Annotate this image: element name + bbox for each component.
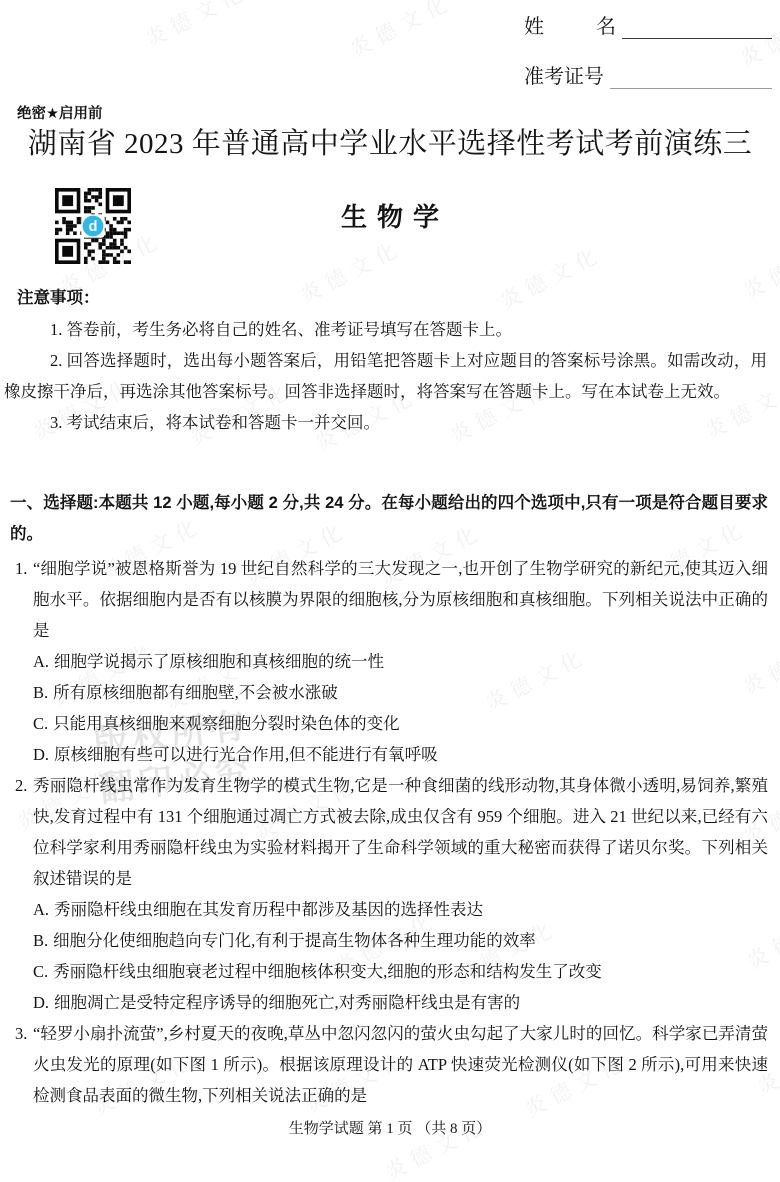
question-2-number: 2.	[15, 770, 27, 801]
exam-id-row: 准考证号	[524, 62, 772, 89]
option-label: D.	[33, 993, 49, 1012]
name-blank-line[interactable]	[622, 13, 772, 39]
question-list: 1. “细胞学说”被恩格斯誉为 19 世纪自然科学的三大发现之一,也开创了生物学…	[0, 553, 780, 1111]
question-1-stem: “细胞学说”被恩格斯誉为 19 世纪自然科学的三大发现之一,也开创了生物学研究的…	[33, 559, 768, 640]
question-2-stem: 秀丽隐杆线虫常作为发育生物学的模式生物,它是一种食细菌的线形动物,其身体微小透明…	[33, 776, 768, 888]
question-2-option-a: A.秀丽隐杆线虫细胞在其发育历程中都涉及基因的选择性表达	[33, 894, 768, 925]
option-text: 秀丽隐杆线虫细胞在其发育历程中都涉及基因的选择性表达	[54, 900, 483, 919]
notice-item-3: 3. 考试结束后，将本试卷和答题卡一并交回。	[4, 407, 767, 438]
option-label: D.	[33, 745, 49, 764]
name-label-char2: 名	[596, 10, 616, 39]
option-text: 只能用真核细胞来观察细胞分裂时染色体的变化	[53, 714, 400, 733]
exam-id-blank-line[interactable]	[610, 63, 772, 89]
question-1-option-b: B.所有原核细胞都有细胞壁,不会被水涨破	[33, 677, 768, 708]
option-text: 所有原核细胞都有细胞壁,不会被水涨破	[53, 683, 338, 702]
question-1: 1. “细胞学说”被恩格斯誉为 19 世纪自然科学的三大发现之一,也开创了生物学…	[0, 553, 768, 770]
option-text: 原核细胞有些可以进行光合作用,但不能进行有氧呼吸	[54, 745, 438, 764]
option-text: 细胞凋亡是受特定程序诱导的细胞死亡,对秀丽隐杆线虫是有害的	[54, 993, 520, 1012]
page-footer: 生物学试题 第 1 页 （共 8 页）	[0, 1114, 780, 1145]
option-text: 细胞分化使细胞趋向专门化,有利于提高生物体各种生理功能的效率	[53, 931, 536, 950]
question-3: 3. “轻罗小扇扑流萤”,乡村夏天的夜晚,草丛中忽闪忽闪的萤火虫勾起了大家儿时的…	[0, 1018, 768, 1111]
section-spacer	[0, 438, 780, 488]
question-1-option-d: D.原核细胞有些可以进行光合作用,但不能进行有氧呼吸	[33, 739, 768, 770]
question-1-option-a: A.细胞学说揭示了原核细胞和真核细胞的统一性	[33, 646, 768, 677]
exam-paper-page: 炎德文化炎德文化炎德文化炎德文化炎德文化炎德文化炎德文化炎德文化炎德文化炎德文化…	[0, 0, 780, 1182]
question-1-number: 1.	[15, 553, 27, 584]
option-label: B.	[33, 683, 48, 702]
option-label: A.	[33, 652, 49, 671]
candidate-info-block: 姓 名 准考证号	[524, 12, 772, 89]
exam-id-label: 准考证号	[524, 60, 604, 89]
option-label: C.	[33, 962, 48, 981]
secrecy-notice: 绝密★启用前	[17, 102, 103, 123]
option-label: A.	[33, 900, 49, 919]
option-label: C.	[33, 714, 48, 733]
question-2-option-b: B.细胞分化使细胞趋向专门化,有利于提高生物体各种生理功能的效率	[33, 925, 768, 956]
notice-heading: 注意事项：	[17, 283, 780, 314]
page-content: 姓 名 准考证号 绝密★启用前 湖南省 2023 年普通高中学业水平选择性考试考…	[0, 0, 780, 1182]
option-text: 细胞学说揭示了原核细胞和真核细胞的统一性	[54, 652, 384, 671]
paper-body: 注意事项： 1. 答卷前，考生务必将自己的姓名、准考证号填写在答题卡上。 2. …	[0, 283, 780, 1145]
question-2-option-d: D.细胞凋亡是受特定程序诱导的细胞死亡,对秀丽隐杆线虫是有害的	[33, 987, 768, 1018]
question-3-number: 3.	[15, 1018, 27, 1049]
subject-title: 生物学	[0, 197, 780, 234]
question-2: 2. 秀丽隐杆线虫常作为发育生物学的模式生物,它是一种食细菌的线形动物,其身体微…	[0, 770, 768, 1018]
question-2-option-c: C.秀丽隐杆线虫细胞衰老过程中细胞核体积变大,细胞的形态和结构发生了改变	[33, 956, 768, 987]
exam-title: 湖南省 2023 年普通高中学业水平选择性考试考前演练三	[0, 121, 780, 162]
notice-item-2: 2. 回答选择题时，选出每小题答案后，用铅笔把答题卡上对应题目的答案标号涂黑。如…	[4, 345, 767, 407]
question-1-option-c: C.只能用真核细胞来观察细胞分裂时染色体的变化	[33, 708, 768, 739]
section-one-heading: 一、选择题:本题共 12 小题,每小题 2 分,共 24 分。在每小题给出的四个…	[10, 488, 768, 550]
name-label-char1: 姓	[524, 10, 544, 39]
option-text: 秀丽隐杆线虫细胞衰老过程中细胞核体积变大,细胞的形态和结构发生了改变	[53, 962, 602, 981]
option-label: B.	[33, 931, 48, 950]
notice-item-1: 1. 答卷前，考生务必将自己的姓名、准考证号填写在答题卡上。	[4, 314, 767, 345]
question-3-stem: “轻罗小扇扑流萤”,乡村夏天的夜晚,草丛中忽闪忽闪的萤火虫勾起了大家儿时的回忆。…	[33, 1024, 768, 1105]
name-row: 姓 名	[524, 12, 772, 39]
